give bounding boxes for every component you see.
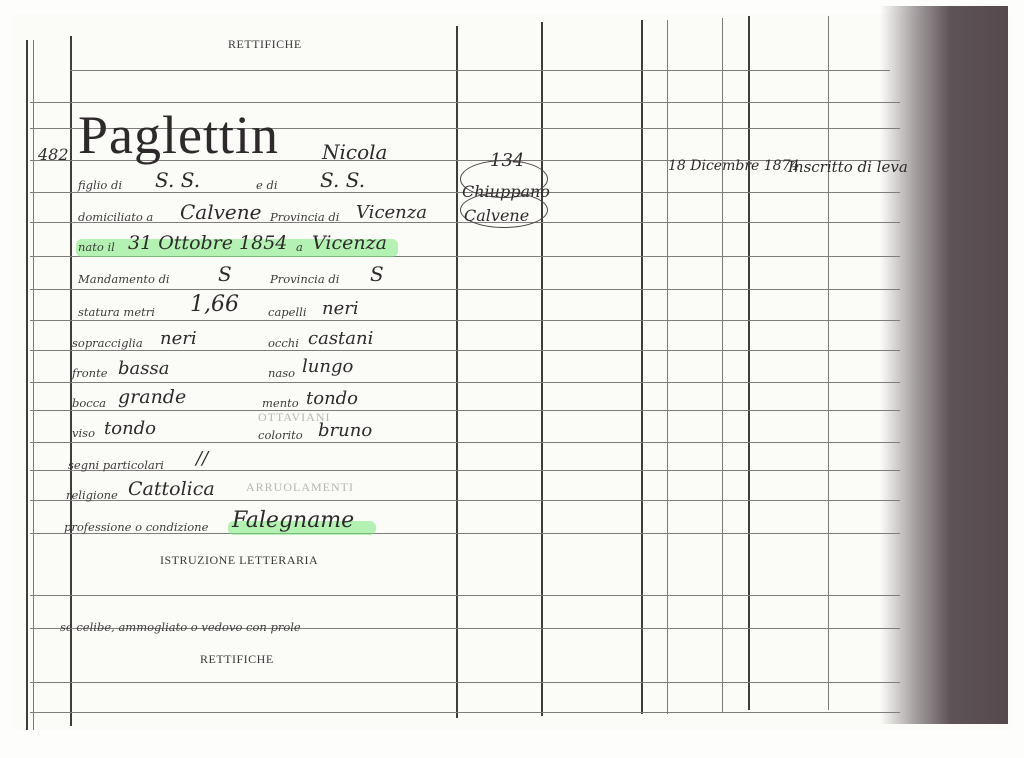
forehead-label: fronte xyxy=(72,366,108,380)
ruling-row xyxy=(30,320,900,321)
birth-label: nato il xyxy=(78,240,115,254)
marital-label: se celibe, ammogliato o vedovo con prole xyxy=(60,620,301,634)
domicile-label: domiciliato a xyxy=(78,210,153,224)
col2-line2: Calvene xyxy=(464,206,529,225)
eyes-label: occhi xyxy=(268,336,299,350)
record-number: 482 xyxy=(38,145,69,164)
face-label: viso xyxy=(72,426,95,440)
ruling-col4 xyxy=(641,20,643,714)
mouth-label: bocca xyxy=(72,396,106,410)
mother-label: e di xyxy=(256,178,278,192)
col5-date: 18 Dicembre 1874 xyxy=(668,158,799,174)
height-label: statura metri xyxy=(78,305,155,319)
father-label: figlio di xyxy=(78,178,122,192)
ruling-col3 xyxy=(541,22,543,716)
religion-label: religione xyxy=(66,488,118,502)
given-name: Nicola xyxy=(322,140,387,164)
ruling-row xyxy=(30,410,900,411)
province-label: Provincia di xyxy=(270,210,339,224)
eyebrows-label: sopracciglia xyxy=(72,336,143,350)
birth-date: 31 Ottobre 1854 xyxy=(128,232,287,254)
ruling-row xyxy=(30,442,900,443)
ruling-col4b xyxy=(667,20,668,714)
eyebrows-value: neri xyxy=(160,328,197,349)
complexion-label: colorito xyxy=(258,428,303,442)
faded-stamp-2: ARRUOLAMENTI xyxy=(246,480,354,495)
scan-shadow xyxy=(880,6,1008,724)
province2-label: Provincia di xyxy=(270,272,339,286)
ruling-row xyxy=(30,350,900,351)
ruling-row xyxy=(30,595,900,596)
nose-value: lungo xyxy=(302,356,353,377)
mandamento-value: S xyxy=(218,262,232,286)
ruling-left-border xyxy=(26,40,28,730)
ruling-col7 xyxy=(828,16,829,710)
profession-value: Falegname xyxy=(232,508,354,533)
ruling-row xyxy=(70,70,890,71)
marks-value: // xyxy=(196,448,208,469)
father-value: S. S. xyxy=(155,168,200,192)
chin-label: mento xyxy=(262,396,299,410)
hair-value: neri xyxy=(322,298,359,319)
chin-value: tondo xyxy=(306,388,358,409)
ruling-row xyxy=(30,500,900,501)
ruling-row xyxy=(30,289,900,290)
marks-label: segni particolari xyxy=(68,458,164,472)
mother-value: S. S. xyxy=(320,168,365,192)
hair-label: capelli xyxy=(268,305,307,319)
ruling-row xyxy=(30,382,900,383)
province2-value: S xyxy=(370,262,384,286)
mandamento-label: Mandamento di xyxy=(78,272,170,286)
ruling-left-inner xyxy=(33,40,34,730)
faded-stamp-1: OTTAVIANI xyxy=(258,410,330,425)
ruling-col6 xyxy=(748,16,750,710)
ruling-row xyxy=(30,102,900,103)
eyes-value: castani xyxy=(308,328,373,349)
face-value: tondo xyxy=(104,418,156,439)
forehead-value: bassa xyxy=(118,358,169,379)
province-value: Vicenza xyxy=(356,202,427,223)
height-value: 1,66 xyxy=(190,292,239,317)
header-title: RETTIFICHE xyxy=(228,37,302,52)
ruling-row xyxy=(30,712,900,713)
mouth-value: grande xyxy=(118,386,186,408)
domicile-value: Calvene xyxy=(180,200,261,224)
birth-place: Vicenza xyxy=(312,232,387,254)
footer-title: RETTIFICHE xyxy=(200,652,274,667)
nose-label: naso xyxy=(268,366,295,380)
ruling-col2 xyxy=(456,26,458,718)
surname: Paglettin xyxy=(78,104,279,166)
section-education: ISTRUZIONE LETTERARIA xyxy=(160,553,318,568)
col5-note: Inscritto di leva xyxy=(788,158,908,176)
religion-value: Cattolica xyxy=(128,478,215,500)
ruling-row xyxy=(30,682,900,683)
birth-place-label: a xyxy=(296,240,303,254)
profession-label: professione o condizione xyxy=(64,520,208,534)
ruling-col5 xyxy=(722,18,723,712)
